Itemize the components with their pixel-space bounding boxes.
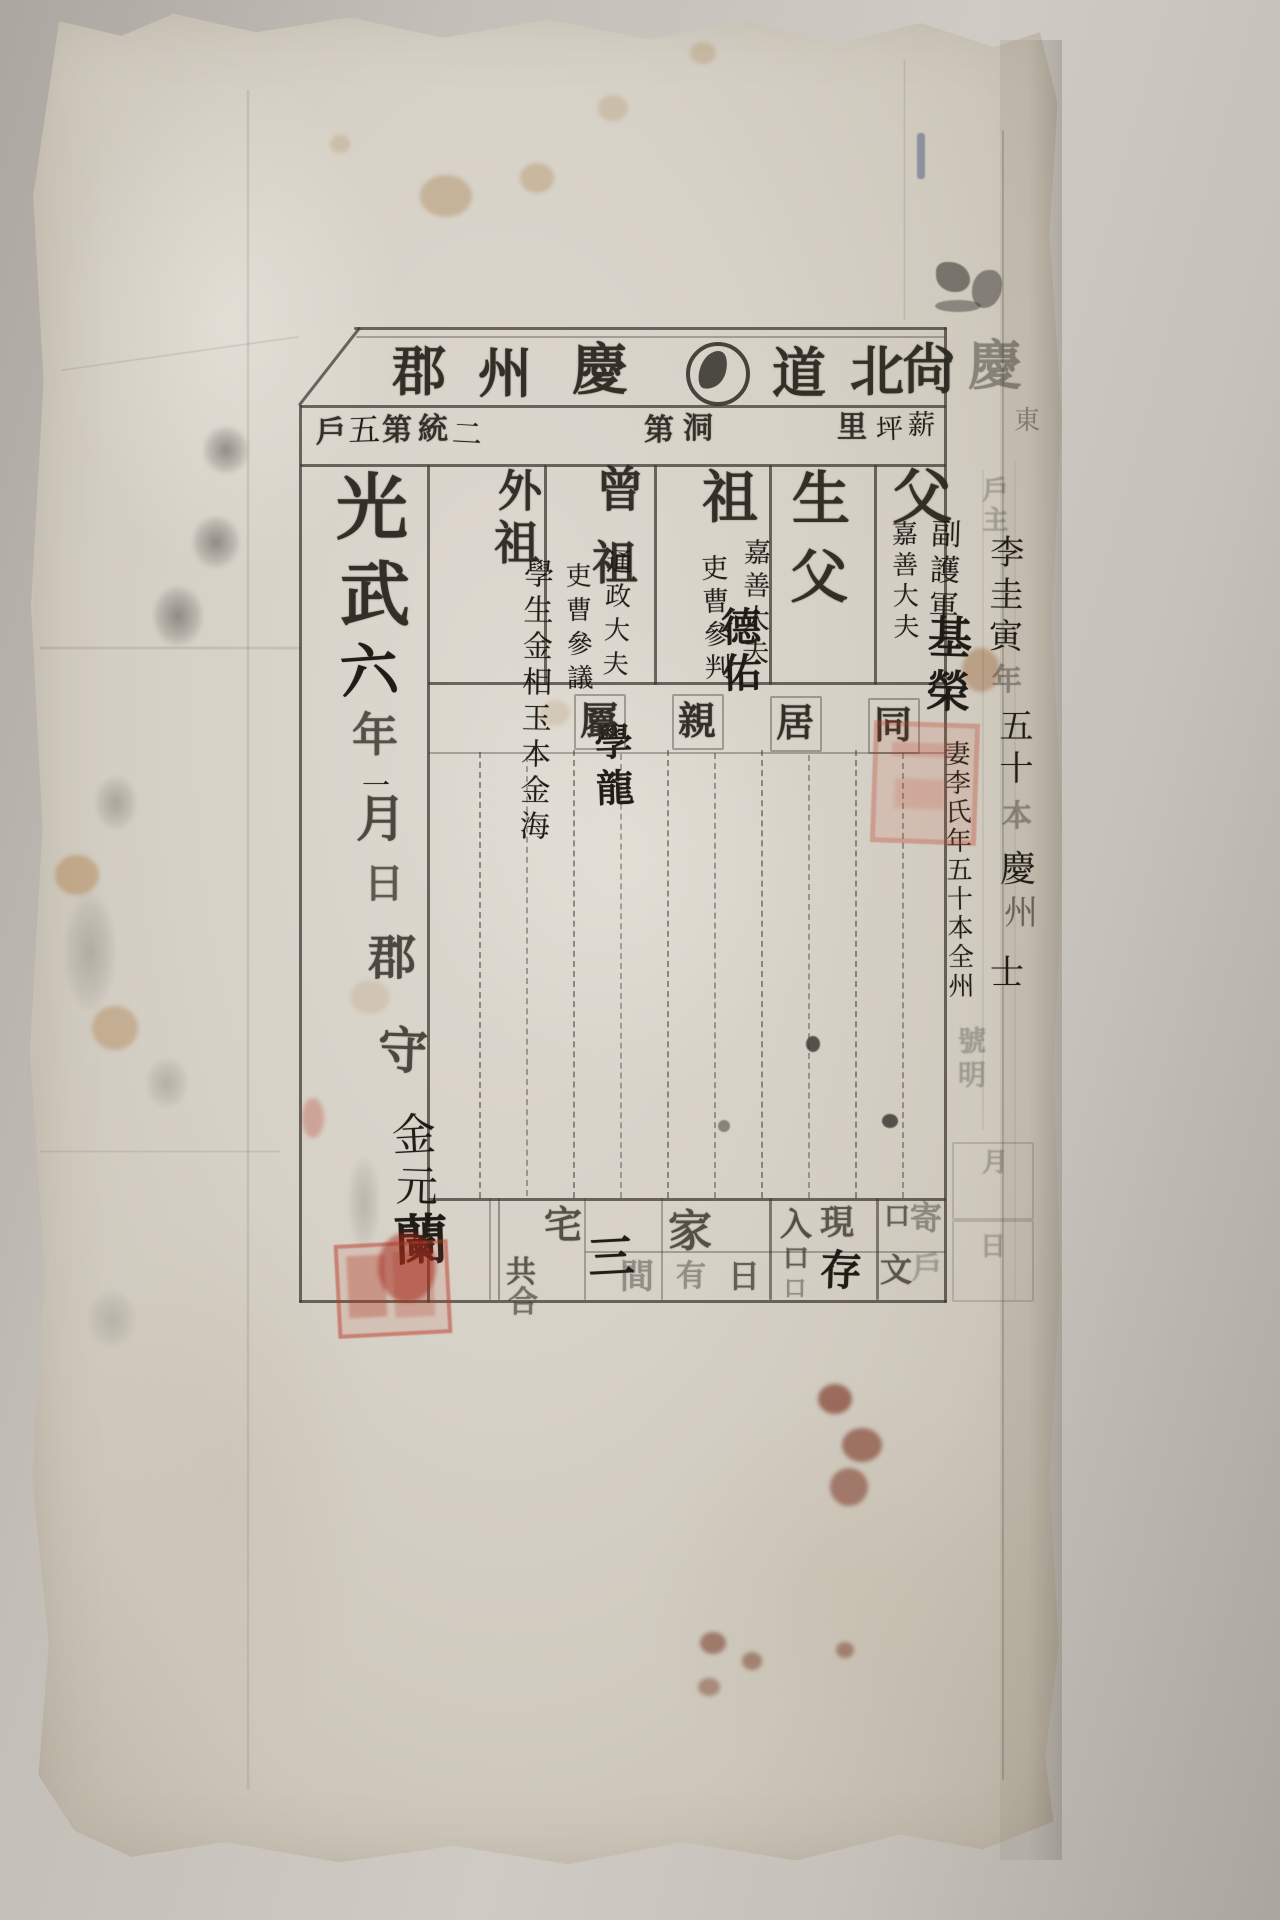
rust-spot — [700, 1632, 726, 1654]
ruled-column-line — [808, 755, 810, 1198]
sum-label-top: 共 — [506, 1258, 536, 1288]
fold-faint-mark-month: 月 — [982, 1150, 1008, 1176]
father-name: 基榮 — [920, 613, 968, 722]
great-grandfather-rank: 通政大夫 — [600, 548, 631, 685]
title-char-ju: 州 — [478, 346, 532, 400]
ink-bleedthrough — [64, 892, 116, 1010]
taegeuk-emblem — [686, 342, 750, 406]
seal-inner-mark — [892, 742, 950, 758]
foxing-stain — [598, 95, 628, 121]
bottom-cell-divider — [498, 1198, 500, 1300]
rust-spot — [842, 1428, 882, 1462]
ruled-column-line — [573, 750, 575, 1198]
seal-inner-mark — [894, 778, 945, 810]
ancestor-divider — [654, 465, 657, 685]
photographed-household-register: 郡 州 慶 道 北 尙 慶 戶 五 第 統 二 第 洞 里 坪 薪 東 光 武 … — [0, 0, 1280, 1920]
registry-number-label: 號明 — [956, 1026, 984, 1094]
official-red-seal-faded — [870, 720, 980, 846]
origin-char-1: 慶 — [1000, 852, 1036, 888]
tong-label: 統 — [418, 415, 448, 445]
tong-number: 二 — [451, 419, 483, 451]
foxing-stain — [420, 175, 472, 217]
rust-spot — [742, 1652, 762, 1670]
bottom-cell-divider — [769, 1198, 772, 1300]
bottom-cell-divider — [661, 1198, 663, 1300]
ho-number: 五 — [347, 413, 380, 446]
occupation-value: 士 — [990, 956, 1024, 990]
title-char-buk: 北 — [850, 344, 904, 398]
age-value: 五十 — [996, 708, 1030, 792]
day-field-label: 日 — [728, 1260, 760, 1292]
mouth-cell-2: 口 — [784, 1278, 806, 1300]
present-field-label: 現 — [820, 1206, 854, 1240]
maternal-grandfather-entry: 學生金相玉本金海 — [515, 558, 550, 846]
title-char-do: 道 — [772, 346, 826, 400]
ruled-column-line — [667, 750, 669, 1198]
hanji-paper-sheet — [28, 10, 1066, 1868]
ruled-column-line — [761, 750, 763, 1198]
birth-father-label-top: 生 — [792, 470, 850, 528]
great-grandfather-label-top: 曾 — [596, 466, 644, 514]
year-label: 年 — [352, 712, 398, 758]
taegeuk-emblem-core — [696, 347, 731, 392]
ink-bleedthrough — [146, 1058, 188, 1108]
birth-father-label-bottom: 父 — [790, 548, 848, 606]
ink-bleedthrough — [203, 426, 249, 474]
fold-glyph-fragment — [935, 300, 981, 312]
grandfather-label: 祖 — [702, 470, 758, 526]
bottom-cell-divider — [489, 1198, 491, 1300]
gan-unit-label: 間 — [620, 1260, 654, 1294]
foxing-stain — [690, 42, 716, 64]
foxing-stain — [92, 1006, 138, 1050]
foxing-stain — [330, 135, 350, 153]
in-field-label: 入 — [780, 1208, 812, 1240]
era-char-mu: 武 — [340, 560, 410, 630]
mouth-cell-1: 口 — [783, 1246, 809, 1272]
foxing-stain — [55, 855, 99, 895]
origin-char-2: 州 — [1004, 896, 1038, 930]
era-char-gwang: 光 — [336, 472, 408, 544]
ink-bleedthrough — [192, 516, 240, 568]
householder-label: 戶主 — [980, 476, 1006, 536]
form-border-top — [354, 327, 947, 330]
sum-label-bottom: 合 — [508, 1288, 538, 1318]
maternal-grandfather-label-top: 外 — [498, 470, 542, 514]
ruled-column-line — [714, 753, 716, 1198]
day-label: 日 — [364, 864, 404, 904]
bottom-cell-divider — [584, 1198, 586, 1300]
paper-crease — [903, 60, 906, 320]
ancestor-row-underline — [428, 682, 946, 685]
house-field-label: 宅 — [544, 1206, 582, 1244]
rust-spot — [830, 1468, 868, 1506]
ruled-column-line — [855, 750, 857, 1198]
father-office: 副護軍 — [924, 518, 958, 627]
ruled-column-line — [620, 754, 622, 1198]
red-mark-small — [302, 1098, 324, 1138]
ink-bleedthrough — [95, 776, 137, 830]
form-border-left — [299, 405, 302, 1303]
form-border-top-inner — [356, 336, 945, 338]
title-row-underline — [300, 405, 946, 408]
ink-bleedthrough — [348, 1156, 380, 1250]
cohabitant-char-geo: 居 — [776, 704, 814, 742]
ri-name-char1: 薪 — [908, 412, 935, 439]
blue-fiber-mark — [917, 133, 925, 179]
ri-name-char2: 坪 — [876, 416, 904, 444]
lodge-field-label: 寄 — [910, 1202, 942, 1234]
family-field-label: 家 — [668, 1210, 712, 1254]
have-field-label: 有 — [676, 1262, 706, 1292]
householder-name: 李圭寅 — [985, 534, 1021, 661]
dong-label: 洞 — [683, 414, 713, 444]
great-grandfather-office: 吏曹參議 — [563, 562, 591, 698]
red-seal-blob — [378, 1232, 436, 1302]
title-char-sang: 尙 — [902, 342, 956, 396]
age-field-label: 年 — [992, 666, 1022, 696]
ink-blot — [718, 1120, 730, 1132]
bottom-row-topline — [428, 1198, 946, 1201]
je-label-1: 第 — [644, 416, 674, 446]
ink-bleedthrough — [88, 1290, 136, 1348]
grandfather-name: 德佑 — [717, 606, 759, 699]
fold-faint-mark-day: 日 — [980, 1234, 1006, 1260]
title-char-gun: 郡 — [392, 344, 446, 398]
rust-spot — [836, 1642, 854, 1658]
ink-bleedthrough — [153, 586, 203, 646]
je-label-2: 第 — [382, 416, 412, 446]
year-number: 六 — [338, 640, 400, 702]
cohabitant-char-chin: 親 — [678, 702, 716, 740]
paper-crease — [40, 1150, 280, 1153]
signature-char-kim: 金 — [391, 1113, 437, 1159]
father-rank: 嘉善大夫 — [889, 520, 917, 644]
script-field-label: 文 — [880, 1254, 912, 1286]
rust-spot — [818, 1384, 852, 1414]
exist-handwritten-value: 存 — [819, 1249, 862, 1292]
foxing-stain — [520, 163, 554, 193]
official-char-su: 守 — [377, 1025, 429, 1077]
bottom-cell-divider — [876, 1198, 879, 1300]
underlying-page-edge — [1000, 40, 1062, 1860]
ruled-column-line — [479, 752, 481, 1198]
cohabitant-char-sok: 屬 — [580, 702, 618, 740]
official-char-gun: 郡 — [368, 934, 416, 982]
ancestor-divider — [874, 465, 877, 685]
mouth-cell-3: 口 — [884, 1204, 910, 1230]
rust-spot — [698, 1678, 720, 1696]
ho-label: 戶 — [316, 418, 346, 448]
month-label: 月 — [356, 794, 406, 844]
door-field-label: 戶 — [912, 1254, 942, 1284]
ri-label: 里 — [837, 413, 867, 443]
title-char-gyeong2: 慶 — [572, 342, 628, 398]
myeon-name-fragment: 東 — [1014, 408, 1040, 434]
ink-blot — [882, 1114, 898, 1128]
paper-crease — [40, 646, 302, 650]
origin-field-label: 本 — [1002, 802, 1032, 832]
signature-char-won: 元 — [395, 1165, 438, 1208]
title-char-gyeong1: 慶 — [968, 338, 1022, 392]
